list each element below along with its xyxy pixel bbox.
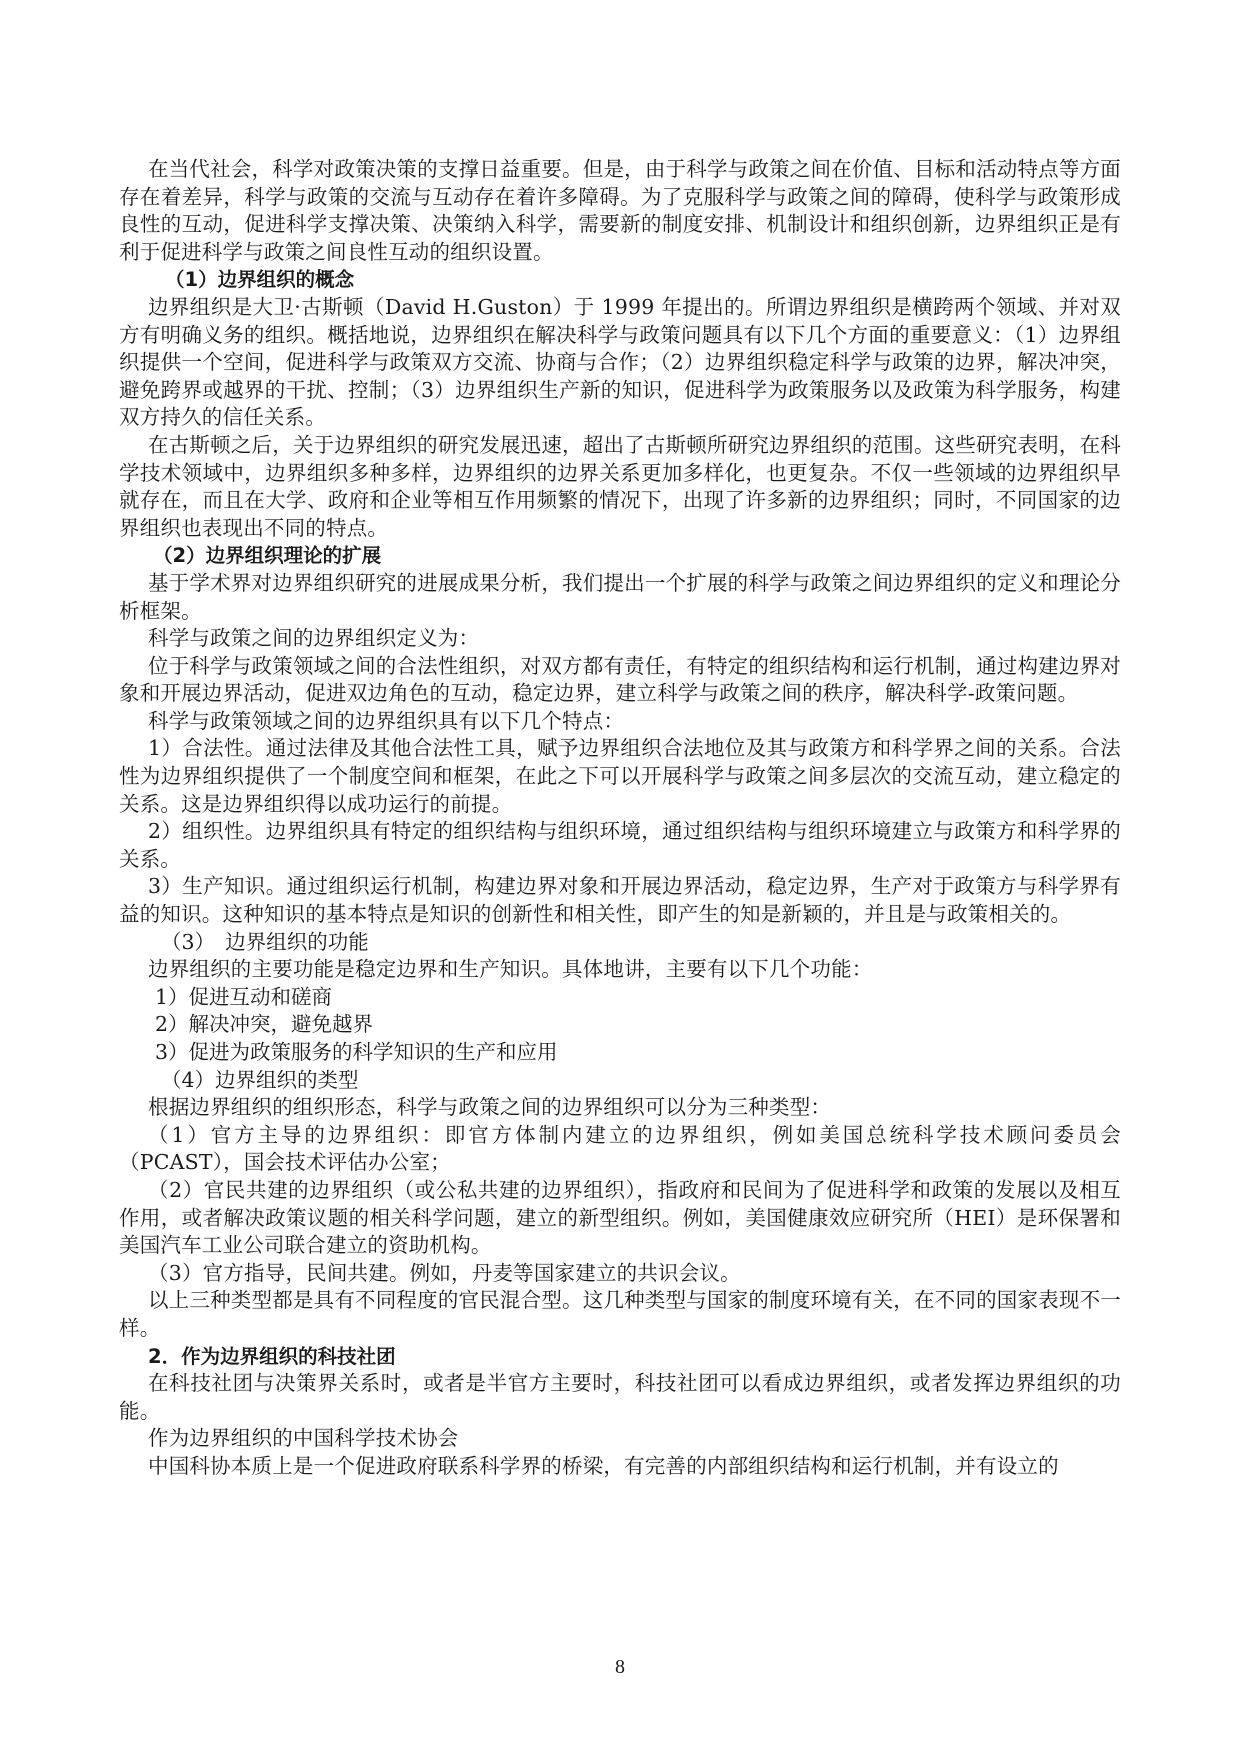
feature-organization: 2）组织性。边界组织具有特定的组织结构与组织环境，通过组织结构与组织环境建立与政… bbox=[119, 818, 1121, 873]
section-heading-types: （4）边界组织的类型 bbox=[119, 1067, 1121, 1095]
intro-paragraph: 在当代社会，科学对政策决策的支撑日益重要。但是，由于科学与政策之间在价值、目标和… bbox=[119, 156, 1121, 266]
paragraph-types-lead: 根据边界组织的组织形态，科学与政策之间的边界组织可以分为三种类型： bbox=[119, 1094, 1121, 1122]
paragraph-extension-intro: 基于学术界对边界组织研究的进展成果分析，我们提出一个扩展的科学与政策之间边界组织… bbox=[119, 570, 1121, 625]
feature-knowledge-production: 3）生产知识。通过组织运行机制，构建边界对象和开展边界活动，稳定边界，生产对于政… bbox=[119, 873, 1121, 928]
section-heading-theory-extension: （2）边界组织理论的扩展 bbox=[119, 542, 1121, 570]
feature-legitimacy: 1）合法性。通过法律及其他合法性工具，赋予边界组织合法地位及其与政策方和科学界之… bbox=[119, 735, 1121, 818]
paragraph-types-summary: 以上三种类型都是具有不同程度的官民混合型。这几种类型与国家的制度环境有关，在不同… bbox=[119, 1287, 1121, 1342]
section-heading-concept: （1）边界组织的概念 bbox=[119, 266, 1121, 294]
paragraph-concept-research: 在古斯顿之后，关于边界组织的研究发展迅速，超出了古斯顿所研究边界组织的范围。这些… bbox=[119, 432, 1121, 542]
section-heading-functions: （3） 边界组织的功能 bbox=[119, 929, 1121, 957]
section-heading-sci-tech-associations: 2．作为边界组织的科技社团 bbox=[119, 1343, 1121, 1371]
paragraph-associations: 在科技社团与决策界关系时，或者是半官方主要时，科技社团可以看成边界组织，或者发挥… bbox=[119, 1370, 1121, 1425]
function-item: 1）促进互动和磋商 bbox=[119, 984, 1121, 1012]
type-official-led: （1）官方主导的边界组织：即官方体制内建立的边界组织，例如美国总统科学技术顾问委… bbox=[119, 1122, 1121, 1177]
paragraph-definition-lead: 科学与政策之间的边界组织定义为： bbox=[119, 625, 1121, 653]
paragraph-cast-title: 作为边界组织的中国科学技术协会 bbox=[119, 1425, 1121, 1453]
paragraph-cast: 中国科协本质上是一个促进政府联系科学界的桥梁，有完善的内部组织结构和运行机制，并… bbox=[119, 1453, 1121, 1481]
paragraph-functions-lead: 边界组织的主要功能是稳定边界和生产知识。具体地讲，主要有以下几个功能： bbox=[119, 956, 1121, 984]
type-official-guided: （3）官方指导，民间共建。例如，丹麦等国家建立的共识会议。 bbox=[119, 1260, 1121, 1288]
type-public-private: （2）官民共建的边界组织（或公私共建的边界组织），指政府和民间为了促进科学和政策… bbox=[119, 1177, 1121, 1260]
function-item: 3）促进为政策服务的科学知识的生产和应用 bbox=[119, 1039, 1121, 1067]
paragraph-concept-definition: 边界组织是大卫·古斯顿（David H.Guston）于 1999 年提出的。所… bbox=[119, 294, 1121, 432]
paragraph-features-lead: 科学与政策领域之间的边界组织具有以下几个特点： bbox=[119, 708, 1121, 736]
paragraph-definition: 位于科学与政策领域之间的合法性组织，对双方都有责任，有特定的组织结构和运行机制，… bbox=[119, 653, 1121, 708]
function-item: 2）解决冲突，避免越界 bbox=[119, 1011, 1121, 1039]
page-number: 8 bbox=[0, 1656, 1240, 1679]
document-body: 在当代社会，科学对政策决策的支撑日益重要。但是，由于科学与政策之间在价值、目标和… bbox=[119, 156, 1121, 1481]
